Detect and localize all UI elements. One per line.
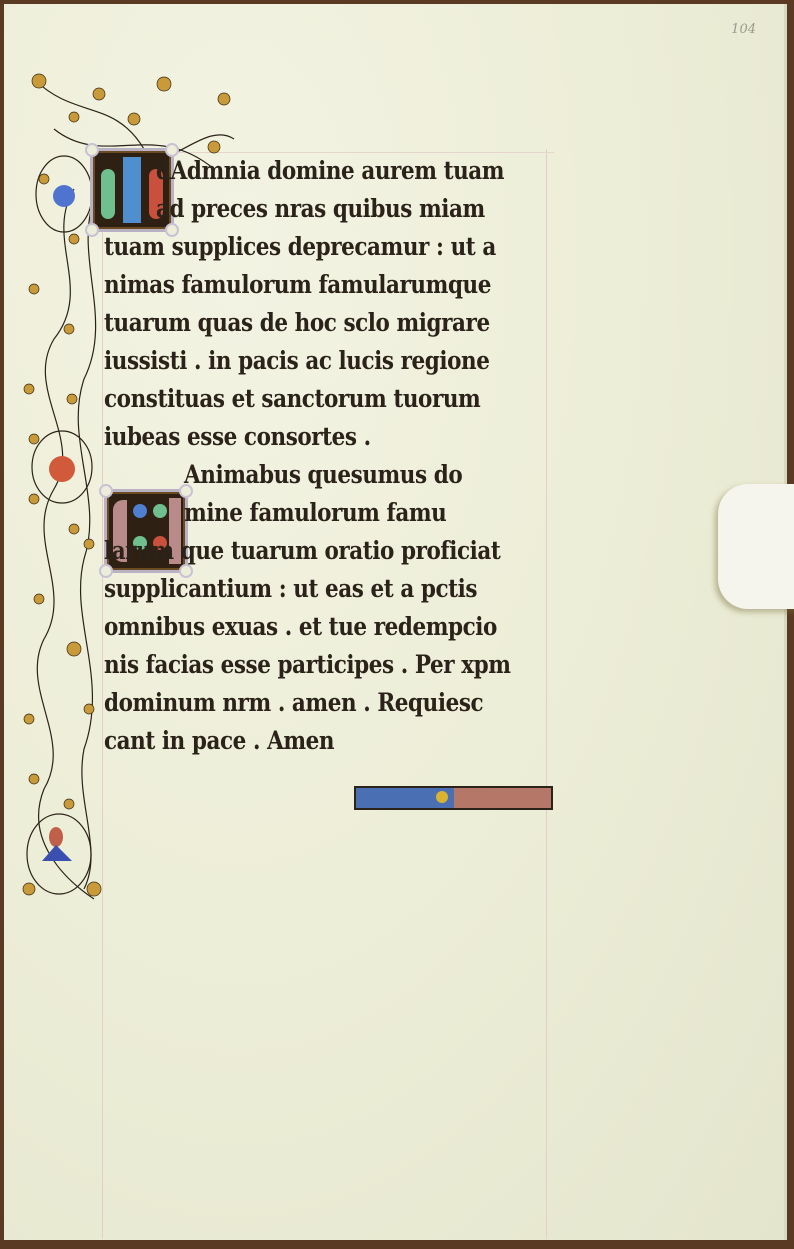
text-line: omnibus exuas . et tue redempcio [104, 612, 497, 650]
text-line: nimas famulorum famularumque [104, 270, 491, 308]
blue-flower-icon [53, 185, 75, 207]
folio-number: 104 [731, 22, 756, 37]
strawberry-icon [49, 456, 75, 482]
text-line: dAdmnia domine aurem tuam [156, 156, 504, 194]
text-line: cant in pace . Amen [104, 726, 334, 764]
text-line: ad preces nras quibus miam [156, 194, 485, 232]
text-line: mine famulorum famu [184, 498, 446, 536]
text-line: nis facias esse participes . Per xpm [104, 650, 511, 688]
text-line: tuam supplices deprecamur : ut a [104, 232, 496, 270]
bust-figure-icon [42, 827, 72, 861]
page-tab-marker [718, 484, 794, 609]
line-filler-ornament [354, 786, 553, 810]
text-line: iussisti . in pacis ac lucis regione [104, 346, 489, 384]
text-line: Animabus quesumus do [184, 460, 462, 498]
text-line: larum que tuarum oratio proficiat [104, 536, 500, 574]
ruling-line-right [546, 149, 547, 1239]
text-line: iubeas esse consortes . [104, 422, 371, 460]
text-line: constituas et sanctorum tuorum [104, 384, 480, 422]
text-line: tuarum quas de hoc sclo migrare [104, 308, 490, 346]
text-line: supplicantium : ut eas et a pctis [104, 574, 477, 612]
manuscript-page: 104 [4, 4, 787, 1240]
text-line: dominum nrm . amen . Requiesc [104, 688, 483, 726]
